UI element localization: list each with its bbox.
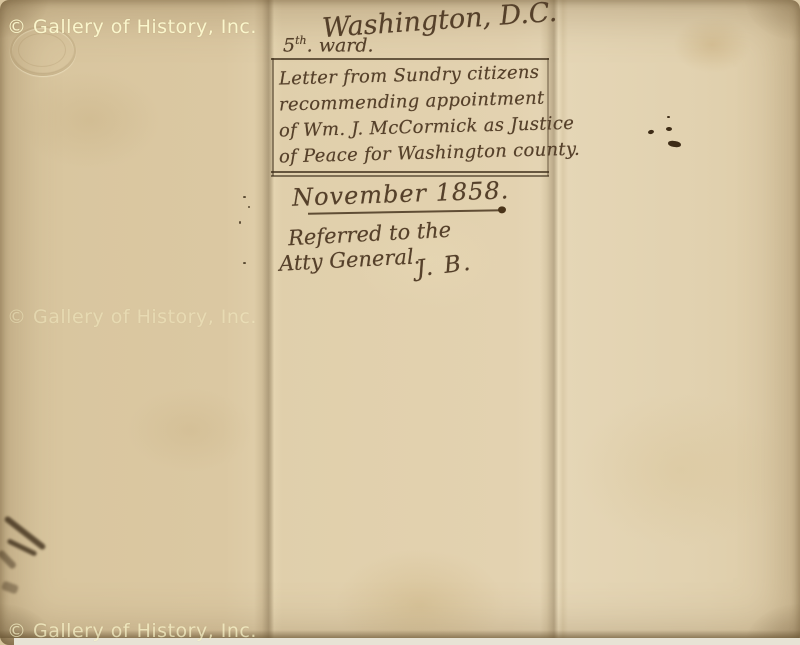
ward-number: 5 [283, 34, 295, 56]
ward-label: . ward. [307, 34, 374, 56]
ink-speck [243, 262, 246, 264]
ink-speck [248, 206, 250, 208]
ink-speck [243, 196, 246, 198]
ward-ordinal: th [295, 34, 307, 47]
watermark-top: © Gallery of History, Inc. [7, 16, 257, 38]
watermark-bottom: © Gallery of History, Inc. [7, 620, 257, 642]
summary-box-left-border [272, 58, 274, 176]
embossed-seal-inner-ring [18, 33, 66, 67]
watermark-middle: © Gallery of History, Inc. [7, 306, 257, 328]
summary-note: Letter from Sundry citizens recommending… [279, 63, 551, 167]
handwritten-ward: 5th. ward. [283, 34, 374, 56]
document-scan: Washington, D.C. 5th. ward. Letter from … [0, 0, 800, 645]
ruled-line-double-upper [271, 171, 549, 173]
ink-spot [666, 127, 672, 131]
ink-speck [239, 221, 241, 224]
ink-spot [667, 116, 670, 118]
